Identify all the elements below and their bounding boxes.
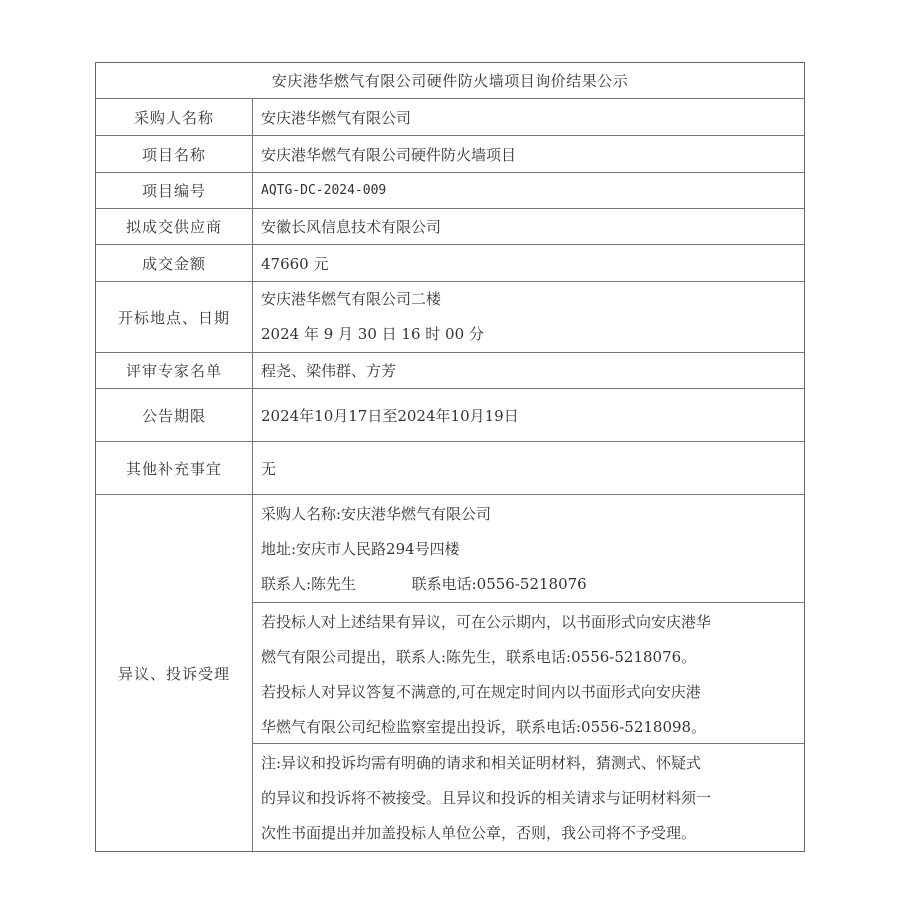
note-line: 的异议和投诉将不被接受。且异议和投诉的相关请求与证明材料须一 bbox=[261, 781, 804, 816]
row-experts: 评审专家名单 程尧、梁伟群、方芳 bbox=[96, 352, 804, 388]
row-value: 安庆港华燃气有限公司硬件防火墙项目 bbox=[253, 136, 804, 172]
row-value: 程尧、梁伟群、方芳 bbox=[253, 353, 804, 388]
note-line: 注:异议和投诉均需有明确的请求和相关证明材料，猜测式、怀疑式 bbox=[261, 746, 804, 781]
row-value: AQTG-DC-2024-009 bbox=[253, 173, 804, 208]
row-label: 项目编号 bbox=[96, 173, 253, 208]
row-purchaser: 采购人名称 安庆港华燃气有限公司 bbox=[96, 98, 804, 135]
row-value: 47660 元 bbox=[253, 245, 804, 281]
row-opening-location-date: 开标地点、日期 安庆港华燃气有限公司二楼 2024 年 9 月 30 日 16 … bbox=[96, 281, 804, 352]
complaint-content: 采购人名称:安庆港华燃气有限公司 地址:安庆市人民路294号四楼 联系人:陈先生… bbox=[253, 495, 804, 851]
row-label: 其他补充事宜 bbox=[96, 442, 253, 494]
procedure-line: 若投标人对异议答复不满意的,可在规定时间内以书面形式向安庆港 bbox=[261, 675, 804, 710]
complaint-procedure: 若投标人对上述结果有异议，可在公示期内，以书面形式向安庆港华 燃气有限公司提出，… bbox=[253, 602, 804, 743]
row-amount: 成交金额 47660 元 bbox=[96, 244, 804, 281]
row-project-name: 项目名称 安庆港华燃气有限公司硬件防火墙项目 bbox=[96, 135, 804, 172]
row-value: 2024年10月17日至2024年10月19日 bbox=[253, 389, 804, 441]
row-other-matters: 其他补充事宜 无 bbox=[96, 441, 804, 494]
row-project-number: 项目编号 AQTG-DC-2024-009 bbox=[96, 172, 804, 208]
result-announcement-table: 安庆港华燃气有限公司硬件防火墙项目询价结果公示 采购人名称 安庆港华燃气有限公司… bbox=[95, 62, 805, 852]
procedure-line: 华燃气有限公司纪检监察室提出投诉，联系电话:0556-5218098。 bbox=[261, 710, 804, 745]
row-label: 拟成交供应商 bbox=[96, 209, 253, 244]
contact-address: 地址:安庆市人民路294号四楼 bbox=[261, 532, 804, 567]
table-title: 安庆港华燃气有限公司硬件防火墙项目询价结果公示 bbox=[96, 63, 804, 98]
row-label: 成交金额 bbox=[96, 245, 253, 281]
opening-location: 安庆港华燃气有限公司二楼 bbox=[261, 282, 804, 317]
contact-person-phone: 联系人:陈先生 联系电话:0556-5218076 bbox=[261, 567, 804, 602]
row-label: 采购人名称 bbox=[96, 99, 253, 135]
complaint-contact: 采购人名称:安庆港华燃气有限公司 地址:安庆市人民路294号四楼 联系人:陈先生… bbox=[253, 495, 804, 602]
row-value: 安庆港华燃气有限公司 bbox=[253, 99, 804, 135]
row-complaint: 异议、投诉受理 采购人名称:安庆港华燃气有限公司 地址:安庆市人民路294号四楼… bbox=[96, 494, 804, 851]
row-label: 项目名称 bbox=[96, 136, 253, 172]
complaint-note: 注:异议和投诉均需有明确的请求和相关证明材料，猜测式、怀疑式 的异议和投诉将不被… bbox=[253, 743, 804, 853]
row-supplier: 拟成交供应商 安徽长风信息技术有限公司 bbox=[96, 208, 804, 244]
opening-date: 2024 年 9 月 30 日 16 时 00 分 bbox=[261, 317, 804, 352]
procedure-line: 若投标人对上述结果有异议，可在公示期内，以书面形式向安庆港华 bbox=[261, 605, 804, 640]
row-value: 安庆港华燃气有限公司二楼 2024 年 9 月 30 日 16 时 00 分 bbox=[253, 282, 804, 352]
row-label: 评审专家名单 bbox=[96, 353, 253, 388]
contact-person: 联系人:陈先生 bbox=[261, 575, 356, 593]
contact-phone: 联系电话:0556-5218076 bbox=[412, 575, 587, 593]
row-label: 公告期限 bbox=[96, 389, 253, 441]
row-label: 异议、投诉受理 bbox=[96, 495, 253, 851]
note-line: 次性书面提出并加盖投标人单位公章，否则，我公司将不予受理。 bbox=[261, 816, 804, 851]
row-notice-period: 公告期限 2024年10月17日至2024年10月19日 bbox=[96, 388, 804, 441]
row-value: 无 bbox=[253, 442, 804, 494]
contact-purchaser: 采购人名称:安庆港华燃气有限公司 bbox=[261, 497, 804, 532]
procedure-line: 燃气有限公司提出，联系人:陈先生，联系电话:0556-5218076。 bbox=[261, 640, 804, 675]
row-label: 开标地点、日期 bbox=[96, 282, 253, 352]
row-value: 安徽长风信息技术有限公司 bbox=[253, 209, 804, 244]
